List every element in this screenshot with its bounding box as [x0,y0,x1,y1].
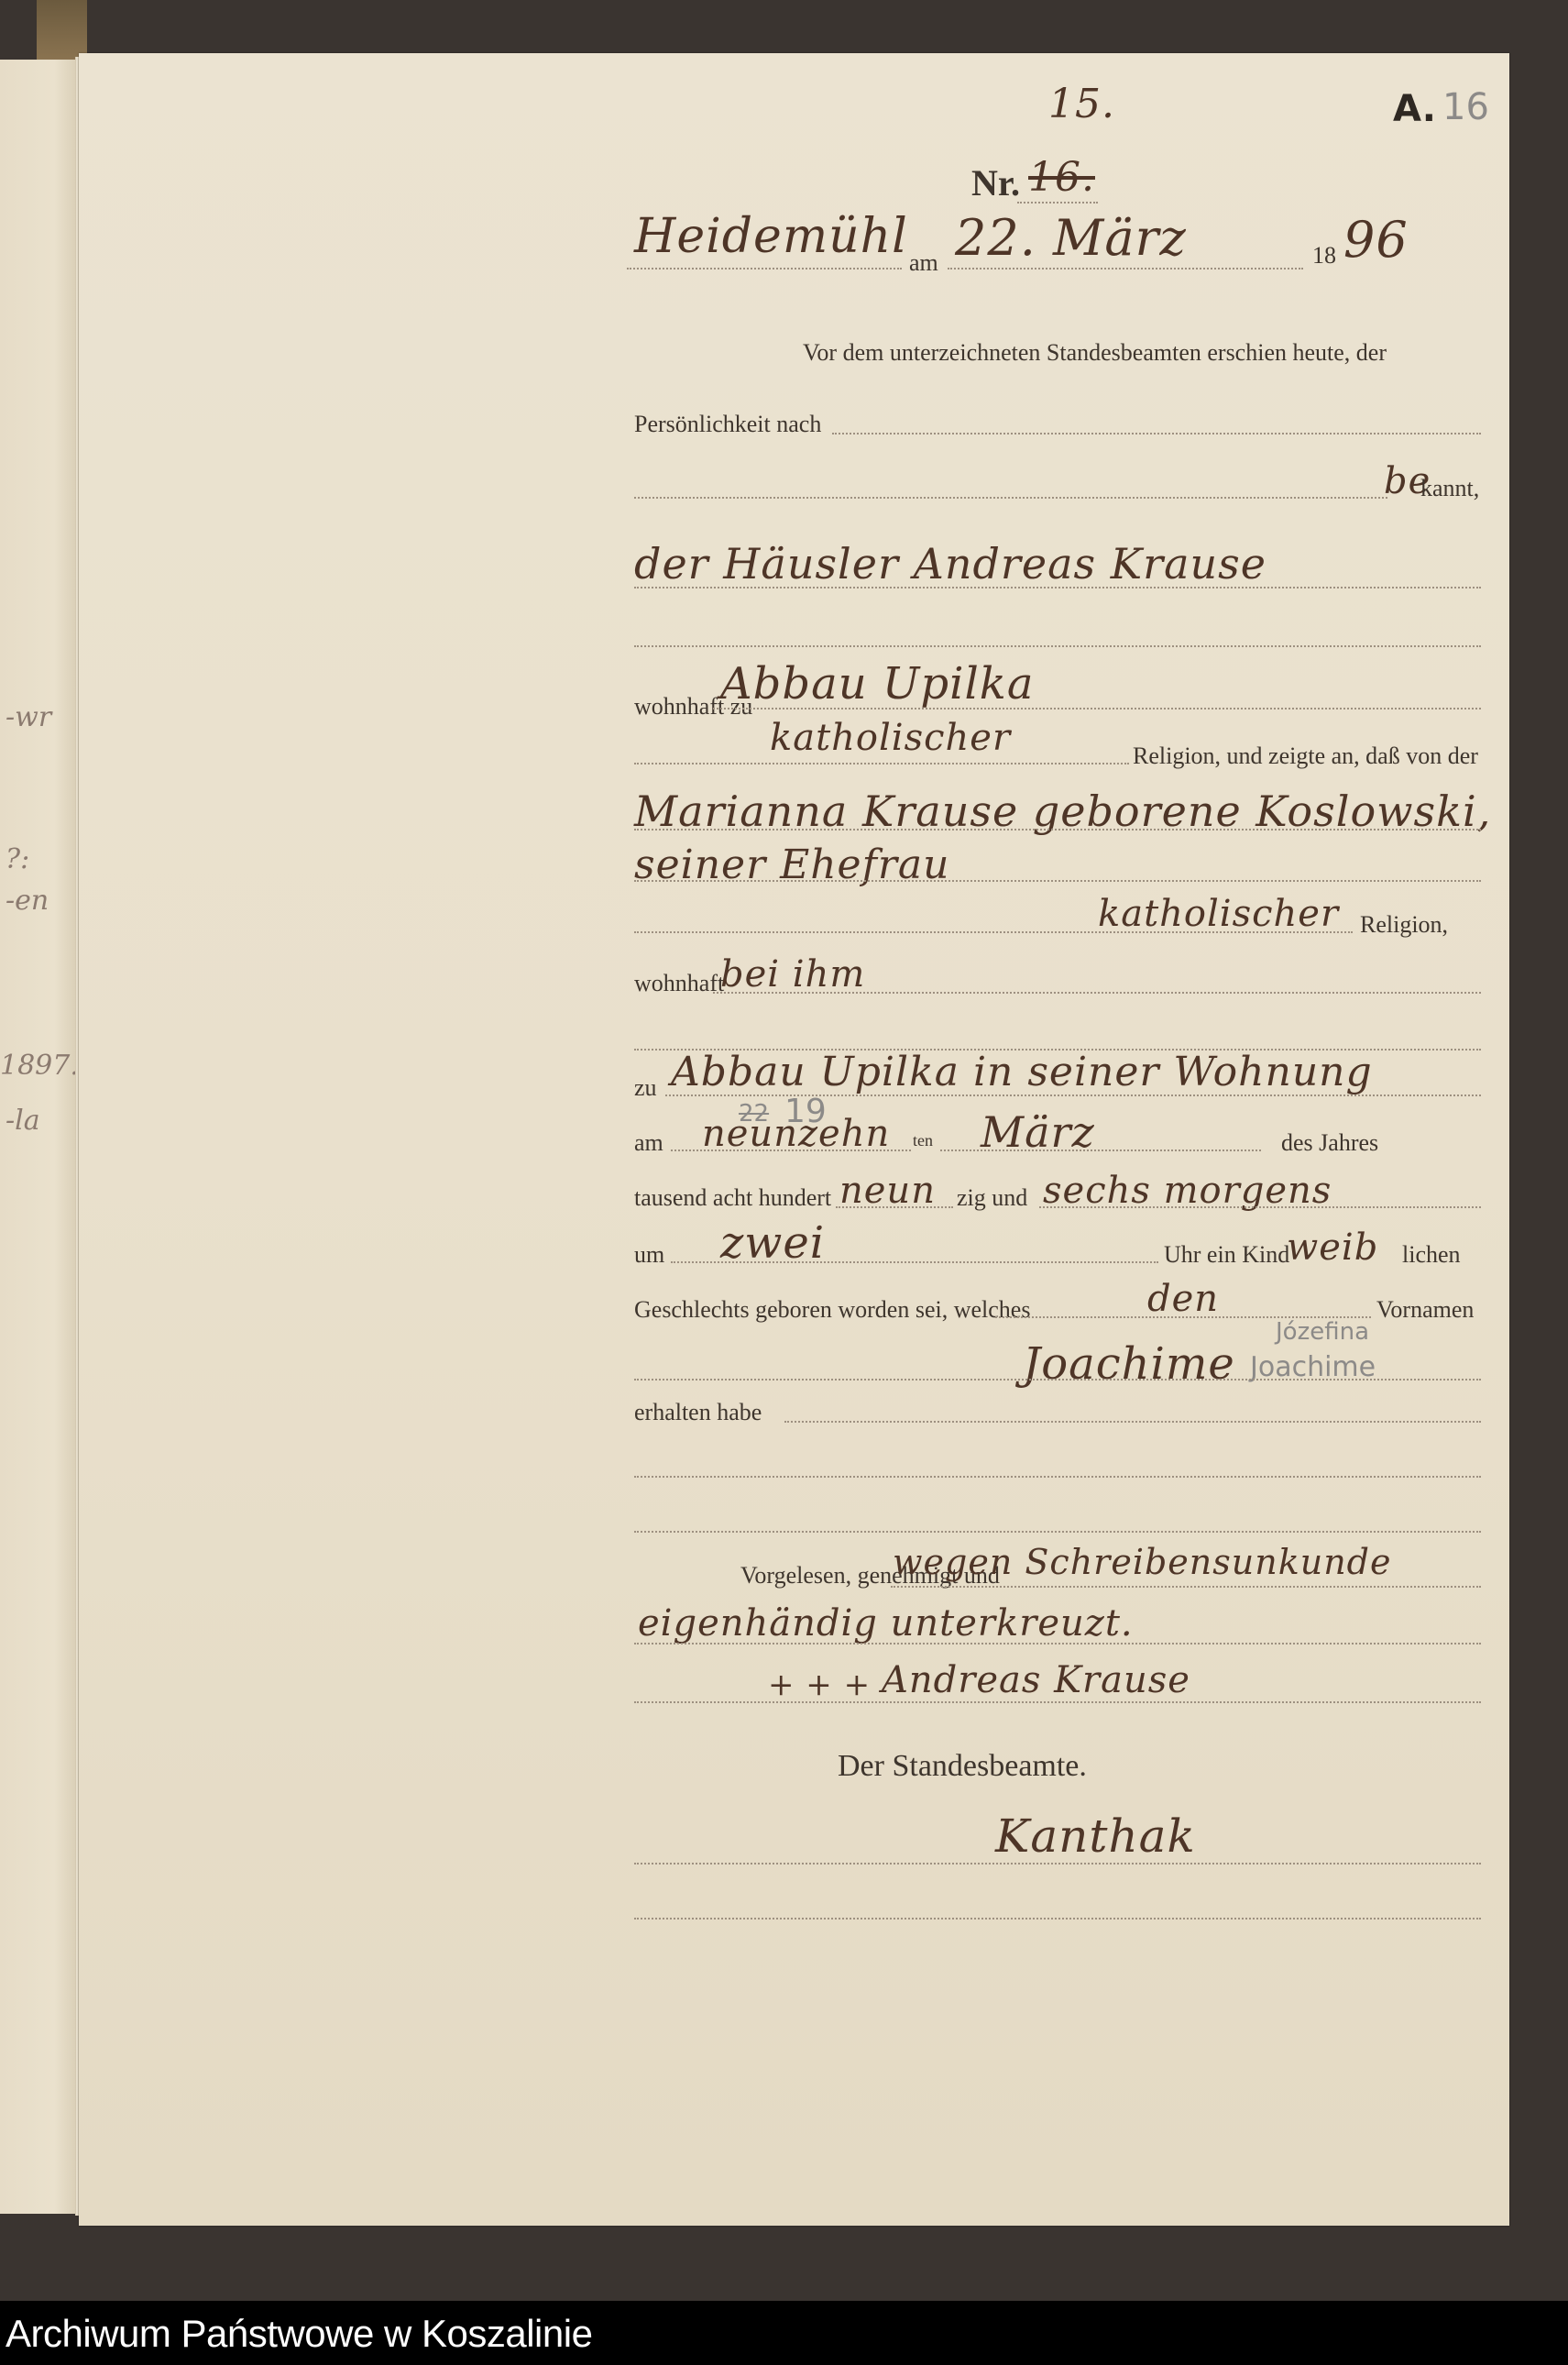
religion-line-1 [634,763,1129,764]
margin-note: 1897. [0,1050,79,1082]
child-name-line [634,1379,1481,1380]
official-signature: Kanthak [995,1809,1196,1863]
time-line [671,1261,1158,1263]
closing-line-2 [634,1643,1481,1644]
birthplace-label: zu [634,1074,657,1102]
residence-line [713,708,1481,709]
informant-name: der Häusler Andreas Krause [634,539,1266,588]
month-line [940,1149,1261,1151]
religion-text-2: Religion, [1360,911,1448,939]
archive-name: Archiwum Państwowe w Koszalinie [5,2312,592,2356]
nr-struck: 16. [1028,154,1095,201]
stamp-number: 16 [1442,86,1489,128]
margin-note: -en [5,885,49,917]
sex-value: weib [1287,1226,1378,1269]
official-title: Der Standesbeamte. [838,1749,1087,1784]
religion-text-1: Religion, und zeigte an, daß von der [1133,742,1478,770]
gender-text: Geschlechts geboren worden sei, welches [634,1296,1030,1324]
time-label: um [634,1241,664,1269]
sex-suffix: lichen [1402,1241,1461,1269]
mother-relation-line [634,880,1481,882]
blank-line [634,1476,1481,1478]
mother-residence-value: bei ihm [720,953,865,995]
nr-label: Nr. [971,161,1020,204]
child-name: Joachime [1023,1338,1235,1390]
year-suffix: 96 [1343,211,1409,269]
mother-name-line [634,829,1481,830]
identity-label: Persönlichkeit nach [634,411,821,438]
birthplace-value: Abbau Upilka in seiner Wohnung [671,1049,1373,1095]
place: Heidemühl [634,209,908,264]
year-text-2: zig und [957,1184,1027,1212]
received-line [784,1421,1481,1423]
residence-value: Abbau Upilka [720,658,1035,709]
year-text-1: tausend acht hundert [634,1184,831,1212]
name-article: den [1147,1278,1219,1320]
margin-note: ?: [5,843,29,875]
margin-note: -wr [5,701,51,733]
time-text: Uhr ein Kind [1164,1241,1289,1269]
blank-line [634,497,1387,499]
nr-corrected: 15. [1048,81,1115,127]
year-prefix: 18 [1312,242,1336,269]
mother-residence-line [713,992,1481,994]
mother-residence-label: wohnhaft [634,970,724,997]
signature-line [634,1701,1481,1703]
forename-label: Vornamen [1376,1296,1474,1324]
birthday-line [671,1149,911,1151]
religion-line-2 [634,931,1353,933]
archive-footer: Archiwum Państwowe w Koszalinie [0,2301,1568,2365]
birthday-label: am [634,1129,663,1157]
closing-line-1 [891,1586,1481,1588]
intro-text: Vor dem unterzeichneten Standesbeamten e… [803,339,1387,367]
blank-line [634,1531,1481,1533]
child-name-pencil-1: Józefina [1276,1318,1369,1346]
crosses: + + + [768,1666,871,1703]
identity-line [832,433,1481,434]
ten-label: ten [913,1131,933,1150]
year-line-2 [1039,1206,1481,1208]
blank-line [634,1918,1481,1919]
date-line [948,268,1303,269]
religion-value-1: katholischer [770,717,1011,759]
informant-line [634,587,1481,588]
received-label: erhalten habe [634,1399,762,1426]
blank-line [634,645,1481,647]
book-spine [37,0,87,60]
stamp-letter: A. [1393,88,1436,130]
birth-certificate-page: A. 16 Nr. 15. 16. Heidemühl am 22. März … [79,53,1509,2226]
am-label: am [909,249,938,277]
place-line [627,268,902,269]
date-value: 22. März [955,209,1187,267]
official-signature-line [634,1863,1481,1864]
closing-hand-1: wegen Schreibensunkunde [893,1542,1392,1582]
margin-note: -la [5,1105,40,1137]
religion-value-2: katholischer [1098,893,1339,935]
left-page-edge: -wr ?: -en 1897. -la [0,60,78,2214]
informant-signature: Andreas Krause [882,1659,1190,1701]
year-label: des Jahres [1281,1129,1378,1157]
nr-line [1017,202,1098,203]
closing-hand-2: eigenhändig unterkreuzt. [638,1602,1134,1644]
identity-suffix-print: kannt, [1420,475,1479,502]
year-line-1 [836,1206,953,1208]
